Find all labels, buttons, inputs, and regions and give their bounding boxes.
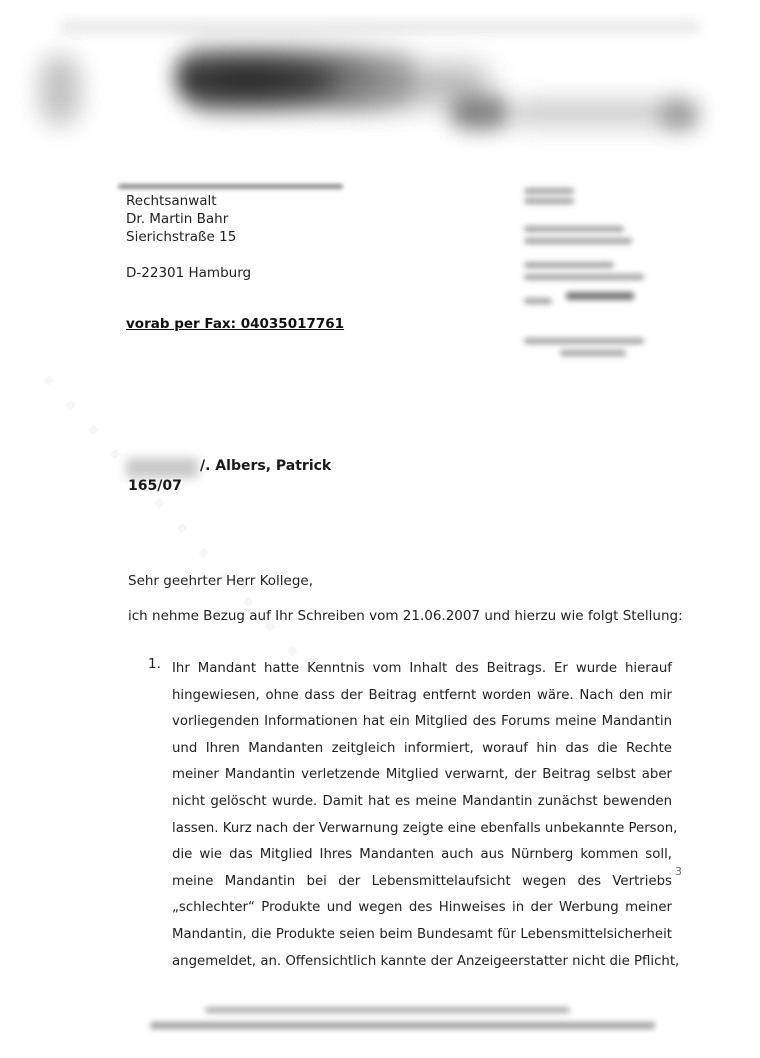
salutation: Sehr geehrter Herr Kollege, [128,573,313,589]
body-line: Ihr Mandant hatte Kenntnis vom Inhalt de… [172,656,672,683]
recipient-address: Rechtsanwalt Dr. Martin Bahr Sierichstra… [126,192,251,282]
body-line: nicht gelöscht wurde. Damit hat es meine… [172,789,672,816]
margin-mark: 3 [675,865,682,878]
body-line: lassen. Kurz nach der Verwarnung zeigte … [172,816,672,843]
letterhead-logo-element [660,100,700,130]
body-line: hingewiesen, ohne dass der Beitrag entfe… [172,683,672,710]
footer-line [150,1022,655,1029]
recipient-line: Rechtsanwalt [126,192,251,210]
letterhead-address-line [60,22,700,32]
footer-line [205,1007,570,1013]
body-line: angemeldet, an. Offensichtlich kannte de… [172,949,672,976]
body-line: die wie das Mitglied Ihres Mandanten auc… [172,842,672,869]
point-body: Ihr Mandant hatte Kenntnis vom Inhalt de… [172,656,672,975]
letter-page: · · · · · · · · · · · · Rechtsanwalt Dr.… [0,0,760,1058]
recipient-city: D-22301 Hamburg [126,264,251,282]
point-number: 1. [148,656,161,672]
intro-paragraph: ich nehme Bezug auf Ihr Schreiben vom 21… [128,608,683,624]
body-line: meiner Mandantin verletzende Mitglied ve… [172,762,672,789]
sender-return-address [118,184,343,189]
body-line: vorliegenden Informationen hat ein Mitgl… [172,709,672,736]
letterhead-logo-mark [40,55,80,125]
reference-number: 165/07 [128,478,182,494]
body-line: meine Mandantin bei der Lebensmittelaufs… [172,869,672,896]
body-line: „schlechter“ Produkte und wegen des Hinw… [172,895,672,922]
watermark: · · · · · · · · · · · · [26,360,315,674]
recipient-line: Sierichstraße 15 [126,228,251,246]
body-line: und Ihren Mandanten zeitgleich informier… [172,736,672,763]
fax-line: vorab per Fax: 04035017761 [126,316,344,332]
recipient-line: Dr. Martin Bahr [126,210,251,228]
subject-line: /. Albers, Patrick [200,458,331,474]
redacted-party-name [126,458,198,478]
letterhead-logo-element [450,95,510,130]
body-line: Mandantin, die Produkte seien beim Bunde… [172,922,672,949]
